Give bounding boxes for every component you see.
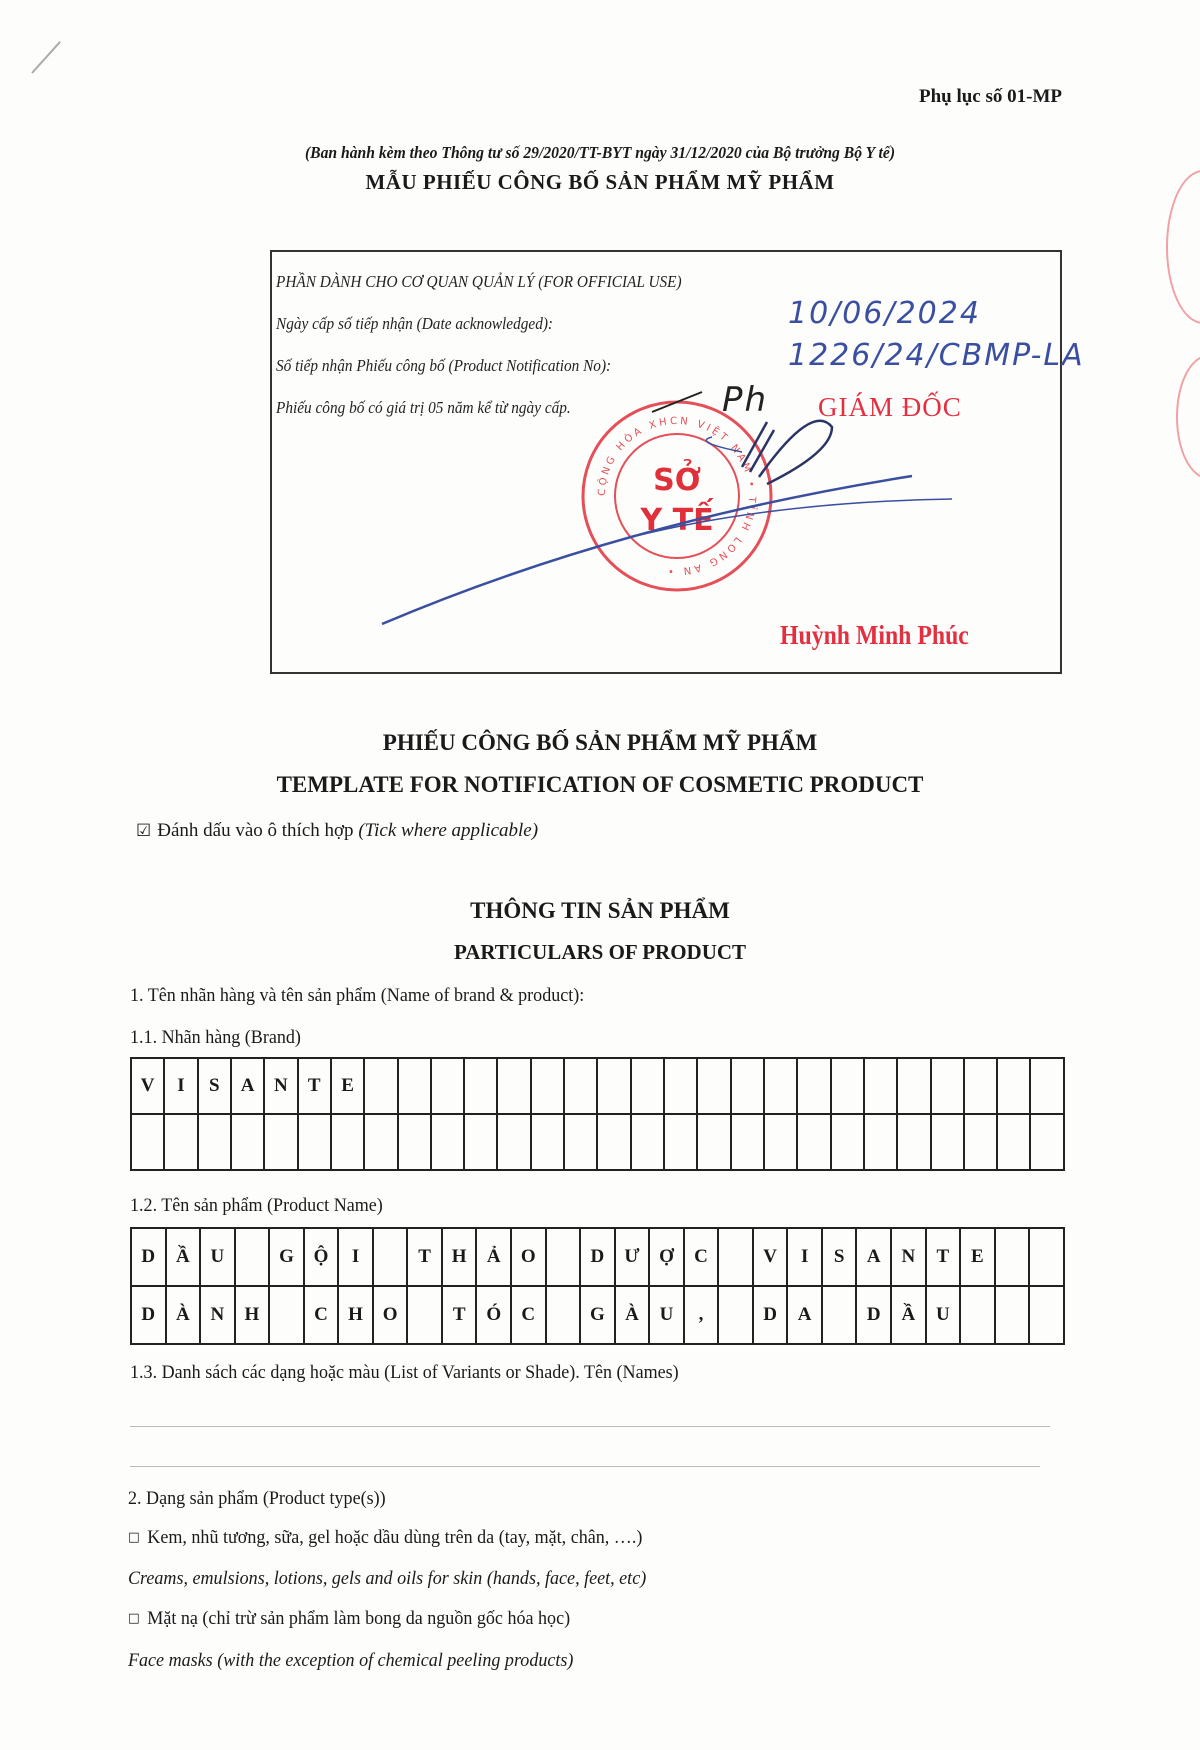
- grid-cell[interactable]: [995, 1286, 1030, 1344]
- grid-cell[interactable]: [131, 1114, 164, 1170]
- grid-cell[interactable]: À: [615, 1286, 650, 1344]
- grid-cell[interactable]: C: [684, 1228, 719, 1286]
- grid-cell[interactable]: [718, 1228, 753, 1286]
- issued-with-note: (Ban hành kèm theo Thông tư số 29/2020/T…: [48, 143, 1152, 163]
- grid-cell[interactable]: Ả: [476, 1228, 511, 1286]
- grid-cell[interactable]: I: [164, 1058, 197, 1114]
- grid-row: DẦUGỘITHẢODƯỢCVISANTE: [131, 1228, 1064, 1286]
- grid-cell[interactable]: Ó: [476, 1286, 511, 1344]
- grid-cell[interactable]: D: [753, 1286, 788, 1344]
- grid-cell[interactable]: [364, 1058, 397, 1114]
- section-title-vn: THÔNG TIN SẢN PHẨM: [0, 898, 1200, 924]
- grid-cell[interactable]: [831, 1114, 864, 1170]
- grid-cell[interactable]: [597, 1058, 630, 1114]
- grid-cell[interactable]: A: [856, 1228, 891, 1286]
- grid-cell[interactable]: [931, 1114, 964, 1170]
- product-type-label: 2. Dạng sản phẩm (Product type(s)): [128, 1488, 386, 1510]
- notification-title-en: TEMPLATE FOR NOTIFICATION OF COSMETIC PR…: [0, 772, 1200, 798]
- official-stamp: CỘNG HÒA XHCN VIỆT NAM • TỈNH LONG AN • …: [272, 252, 1062, 672]
- option-label-vn: Mặt nạ (chỉ trừ sản phẩm làm bong da ngu…: [147, 1608, 570, 1629]
- option-label-en: Face masks (with the exception of chemic…: [128, 1650, 573, 1672]
- grid-cell[interactable]: Ư: [615, 1228, 650, 1286]
- grid-cell[interactable]: [664, 1058, 697, 1114]
- grid-row: VISANTE: [131, 1058, 1064, 1114]
- grid-cell[interactable]: [997, 1114, 1030, 1170]
- grid-cell[interactable]: [960, 1286, 995, 1344]
- checkbox-icon[interactable]: □: [128, 1530, 140, 1545]
- grid-cell[interactable]: [897, 1114, 930, 1170]
- grid-cell[interactable]: [464, 1114, 497, 1170]
- grid-cell[interactable]: I: [787, 1228, 822, 1286]
- checkbox-icon[interactable]: □: [128, 1611, 140, 1626]
- tick-label-en: (Tick where applicable): [358, 820, 538, 841]
- grid-cell[interactable]: D: [131, 1286, 166, 1344]
- grid-cell[interactable]: A: [231, 1058, 264, 1114]
- product-type-option-creams[interactable]: □Kem, nhũ tương, sữa, gel hoặc dầu dùng …: [128, 1527, 642, 1549]
- grid-cell[interactable]: U: [649, 1286, 684, 1344]
- grid-cell[interactable]: D: [580, 1228, 615, 1286]
- grid-cell[interactable]: [298, 1114, 331, 1170]
- grid-cell[interactable]: Ầ: [891, 1286, 926, 1344]
- grid-cell[interactable]: ,: [684, 1286, 719, 1344]
- grid-cell[interactable]: E: [331, 1058, 364, 1114]
- grid-cell[interactable]: [864, 1058, 897, 1114]
- grid-cell[interactable]: A: [787, 1286, 822, 1344]
- grid-cell[interactable]: [995, 1228, 1030, 1286]
- grid-cell[interactable]: À: [166, 1286, 201, 1344]
- tick-label-vn: Đánh dấu vào ô thích hợp: [157, 820, 353, 841]
- grid-cell[interactable]: Ộ: [304, 1228, 339, 1286]
- grid-cell[interactable]: [464, 1058, 497, 1114]
- grid-cell[interactable]: [764, 1114, 797, 1170]
- option-label-en: Creams, emulsions, lotions, gels and oil…: [128, 1568, 646, 1590]
- grid-cell[interactable]: [398, 1058, 431, 1114]
- grid-cell[interactable]: N: [264, 1058, 297, 1114]
- grid-row: [131, 1114, 1064, 1170]
- grid-cell[interactable]: [964, 1058, 997, 1114]
- director-name: Huỳnh Minh Phúc: [780, 620, 969, 651]
- grid-cell[interactable]: [531, 1114, 564, 1170]
- variants-label: 1.3. Danh sách các dạng hoặc màu (List o…: [130, 1362, 679, 1384]
- grid-cell[interactable]: [497, 1114, 530, 1170]
- grid-cell[interactable]: [264, 1114, 297, 1170]
- grid-cell[interactable]: [964, 1114, 997, 1170]
- appendix-number: Phụ lục số 01-MP: [919, 86, 1062, 108]
- grid-cell[interactable]: Ầ: [166, 1228, 201, 1286]
- grid-cell[interactable]: [398, 1114, 431, 1170]
- grid-cell[interactable]: [1030, 1114, 1064, 1170]
- variants-input-line-1[interactable]: [130, 1426, 1050, 1427]
- grid-cell[interactable]: [431, 1114, 464, 1170]
- grid-cell[interactable]: [718, 1286, 753, 1344]
- grid-cell[interactable]: Ợ: [649, 1228, 684, 1286]
- grid-cell[interactable]: N: [200, 1286, 235, 1344]
- grid-cell[interactable]: O: [511, 1228, 546, 1286]
- grid-cell[interactable]: [831, 1058, 864, 1114]
- grid-cell[interactable]: U: [200, 1228, 235, 1286]
- grid-cell[interactable]: T: [442, 1286, 477, 1344]
- template-title: MẪU PHIẾU CÔNG BỐ SẢN PHẨM MỸ PHẨM: [0, 170, 1200, 195]
- grid-cell[interactable]: [664, 1114, 697, 1170]
- question-1-label: 1. Tên nhãn hàng và tên sản phẩm (Name o…: [130, 985, 584, 1007]
- grid-cell[interactable]: [407, 1286, 442, 1344]
- grid-cell[interactable]: H: [442, 1228, 477, 1286]
- grid-cell[interactable]: [269, 1286, 304, 1344]
- edge-stamp-fragment-2: [1176, 355, 1200, 479]
- brand-label: 1.1. Nhãn hàng (Brand): [130, 1027, 301, 1049]
- grid-cell[interactable]: [546, 1228, 581, 1286]
- grid-cell[interactable]: [164, 1114, 197, 1170]
- product-name-grid[interactable]: DẦUGỘITHẢODƯỢCVISANTEDÀNHCHOTÓCGÀU,DADẦU: [130, 1227, 1065, 1345]
- grid-cell[interactable]: [497, 1058, 530, 1114]
- grid-cell[interactable]: V: [753, 1228, 788, 1286]
- grid-cell[interactable]: [1029, 1286, 1064, 1344]
- grid-cell[interactable]: [631, 1114, 664, 1170]
- grid-cell[interactable]: [931, 1058, 964, 1114]
- grid-cell[interactable]: [697, 1114, 730, 1170]
- grid-cell[interactable]: [1029, 1228, 1064, 1286]
- grid-cell[interactable]: H: [338, 1286, 373, 1344]
- grid-cell[interactable]: C: [511, 1286, 546, 1344]
- grid-cell[interactable]: C: [304, 1286, 339, 1344]
- brand-grid[interactable]: VISANTE: [130, 1057, 1065, 1171]
- grid-cell[interactable]: [364, 1114, 397, 1170]
- grid-row: DÀNHCHOTÓCGÀU,DADẦU: [131, 1286, 1064, 1344]
- grid-cell[interactable]: [1030, 1058, 1064, 1114]
- grid-cell[interactable]: [897, 1058, 930, 1114]
- grid-cell[interactable]: T: [298, 1058, 331, 1114]
- grid-cell[interactable]: V: [131, 1058, 164, 1114]
- grid-cell[interactable]: G: [269, 1228, 304, 1286]
- product-name-label: 1.2. Tên sản phẩm (Product Name): [130, 1195, 383, 1217]
- grid-cell[interactable]: O: [373, 1286, 408, 1344]
- grid-cell[interactable]: S: [822, 1228, 857, 1286]
- grid-cell[interactable]: S: [198, 1058, 231, 1114]
- grid-cell[interactable]: [864, 1114, 897, 1170]
- grid-cell[interactable]: [231, 1114, 264, 1170]
- grid-cell[interactable]: [331, 1114, 364, 1170]
- grid-cell[interactable]: N: [891, 1228, 926, 1286]
- grid-cell[interactable]: G: [580, 1286, 615, 1344]
- grid-cell[interactable]: [822, 1286, 857, 1344]
- grid-cell[interactable]: [198, 1114, 231, 1170]
- checked-box-icon: ☑: [136, 821, 151, 841]
- svg-text:SỞ: SỞ: [653, 458, 701, 498]
- section-title-en: PARTICULARS OF PRODUCT: [0, 940, 1200, 965]
- grid-cell[interactable]: [697, 1058, 730, 1114]
- grid-cell[interactable]: [546, 1286, 581, 1344]
- grid-cell[interactable]: [597, 1114, 630, 1170]
- option-label-vn: Kem, nhũ tương, sữa, gel hoặc dầu dùng t…: [147, 1527, 642, 1548]
- grid-cell[interactable]: [997, 1058, 1030, 1114]
- grid-cell[interactable]: I: [338, 1228, 373, 1286]
- grid-cell[interactable]: H: [235, 1286, 270, 1344]
- grid-cell[interactable]: [631, 1058, 664, 1114]
- grid-cell[interactable]: [731, 1114, 764, 1170]
- grid-cell[interactable]: [531, 1058, 564, 1114]
- grid-cell[interactable]: [373, 1228, 408, 1286]
- grid-cell[interactable]: [797, 1058, 830, 1114]
- scan-mark: [31, 41, 61, 74]
- grid-cell[interactable]: [431, 1058, 464, 1114]
- grid-cell[interactable]: [564, 1058, 597, 1114]
- grid-cell[interactable]: [731, 1058, 764, 1114]
- grid-cell[interactable]: U: [926, 1286, 961, 1344]
- grid-cell[interactable]: [797, 1114, 830, 1170]
- variants-input-line-2[interactable]: [130, 1466, 1040, 1467]
- grid-cell[interactable]: [235, 1228, 270, 1286]
- official-use-box: PHẦN DÀNH CHO CƠ QUAN QUẢN LÝ (FOR OFFIC…: [270, 250, 1062, 674]
- grid-cell[interactable]: T: [407, 1228, 442, 1286]
- grid-cell[interactable]: E: [960, 1228, 995, 1286]
- grid-cell[interactable]: [764, 1058, 797, 1114]
- notification-title-vn: PHIẾU CÔNG BỐ SẢN PHẨM MỸ PHẨM: [0, 730, 1200, 756]
- tick-instruction: ☑Đánh dấu vào ô thích hợp (Tick where ap…: [136, 820, 538, 842]
- grid-cell[interactable]: D: [131, 1228, 166, 1286]
- grid-cell[interactable]: D: [856, 1286, 891, 1344]
- grid-cell[interactable]: T: [926, 1228, 961, 1286]
- grid-cell[interactable]: [564, 1114, 597, 1170]
- product-type-option-face-masks[interactable]: □Mặt nạ (chỉ trừ sản phẩm làm bong da ng…: [128, 1608, 570, 1630]
